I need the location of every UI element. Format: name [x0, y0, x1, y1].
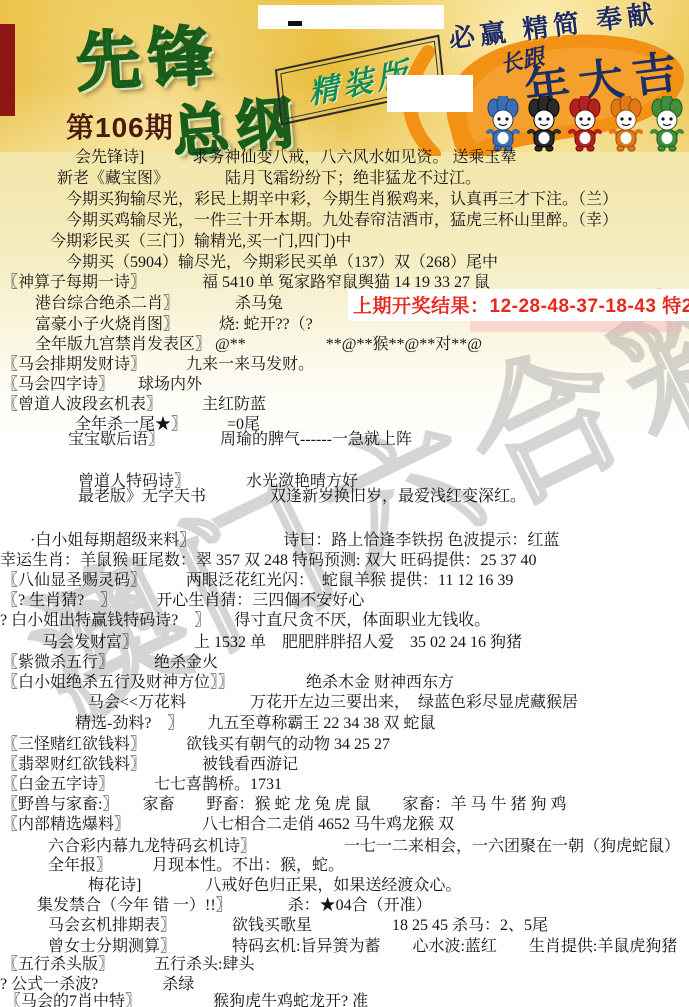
- text-line: 宝宝歇后语〗 周瑜的脾气------一急就上阵: [68, 431, 412, 449]
- text-line: 〖三怪赌红欲钱料〗 欲钱买有朝气的动物 34 25 27: [2, 736, 390, 754]
- black-mark: [288, 21, 302, 26]
- text-line: 〖翡翠财红欲钱料〗 被钱看西游记: [2, 756, 298, 774]
- text-line: 马会玄机排期表〗 欲钱买歌星 18 25 45 杀马：2、5尾: [48, 917, 548, 935]
- text-line: ? 公式一杀波? 杀绿: [0, 976, 194, 994]
- text-line: 集发禁合（今年 错 一）!!〗 杀：★04合（开准）: [37, 897, 432, 915]
- text-line: 今期彩民买（三门）输精光,买一门,四门)中: [50, 233, 351, 251]
- issue-number: 第106期: [66, 106, 174, 146]
- text-line: 〖八仙显圣赐灵码〗 两眼泛花红光闪： 蛇鼠羊猴 提供：11 12 16 39: [2, 572, 513, 590]
- fuwa-orange-icon: [607, 96, 645, 152]
- text-line: 〖五行杀头版〗 五行杀头:肆头: [2, 956, 254, 974]
- text-line: ? 白小姐出特赢钱特码诗? 〗 得寸直尺贪不厌，体面职业尢钱收。: [0, 612, 490, 630]
- text-line: 富豪小子火烧肖图〗 烧: 蛇开??（?: [35, 316, 313, 334]
- previous-draw-results: 上期开奖结果：12-28-48-37-18-43 特26: [348, 289, 689, 321]
- text-line: 梅花诗] 八戒好色归正果，如果送经渡众心。: [88, 877, 461, 895]
- text-line: 新老《藏宝图》 陆月飞霜纷纷下；绝非猛龙不过江。: [57, 170, 481, 188]
- red-edge-bar: [0, 24, 15, 116]
- text-line: 六合彩内幕九龙特码玄机诗〗 一七一二来相会，一六团聚在一朝（狗虎蛇鼠）: [48, 838, 680, 856]
- olympic-mascots: [484, 96, 686, 152]
- fuwa-panda-icon: [525, 96, 563, 152]
- text-line: 会先锋诗] 求务神仙变八戒，八六风水如见资。 送乘玉辇: [75, 149, 516, 167]
- text-line: 〖紫微杀五行〗 绝杀金火: [2, 654, 218, 672]
- text-line: 今期买狗输尽光，彩民上期辛中彩，今期生肖猴鸡来，认真再三才下注。（兰）: [66, 191, 618, 209]
- fuwa-red-icon: [566, 96, 604, 152]
- text-line: 〖白小姐绝杀五行及财神方位〗〗 绝杀木金 财神西东方: [2, 674, 454, 692]
- text-line: 马会发财富〗 上 1532 单 肥肥胖胖招人爱 35 02 24 16 狗猪: [42, 634, 522, 652]
- text-line: 马会<<万花料 万花开左边三要出来， 绿蓝色彩尽显虎藏猴居: [88, 694, 578, 712]
- text-line: ·白小姐每期超级来料〗 诗曰：路上恰逢李铁拐 色波提示：红蓝: [30, 532, 559, 550]
- text-line: 曾女士分期测算〗 特码玄机:旨异箦为蓄 心水波:蓝红 生肖提供:羊鼠虎狗猪: [48, 938, 677, 956]
- text-line: 今期买（5904）输尽光，今期彩民买单（137）双（268）尾中: [66, 254, 498, 272]
- text-line: 精选-劲料? 〗 九五至尊称霸王 22 34 38 双 蛇鼠: [75, 715, 435, 733]
- whiteout-patch: [258, 5, 444, 29]
- text-line: 今期买鸡输尽光，一件三十开本期。九处春帘洁酒市，猛虎三杯山里醉。（幸）: [66, 212, 618, 230]
- text-line: 〖马会排期发财诗〗 九来一来马发财。: [2, 356, 314, 374]
- text-line: 〖马会的7肖中特〗 猴狗虎牛鸡蛇龙开? 准: [5, 993, 368, 1007]
- fuwa-blue-icon: [484, 96, 522, 152]
- header-banner: 先锋 总纲 第106期 精装版 必赢 精简 奉献 长跟 年大吉: [0, 0, 689, 152]
- text-line: 〖内部精选爆料〗 八七相合二走俏 4652 马牛鸡龙猴 双: [2, 816, 454, 834]
- whiteout-patch: [387, 75, 473, 112]
- text-line: 全年报〗 月现本性。不出：猴，蛇。: [48, 857, 344, 875]
- text-line: 幸运生肖：羊鼠猴 旺尾数：翠 357 双 248 特码预测: 双大 旺码提供：2…: [0, 552, 536, 570]
- text-line: 〖白金五字诗〗 七七喜鹊桥。1731: [2, 776, 282, 794]
- text-line: 〖野兽与家畜:〗 家畜 野畜：猴 蛇 龙 兔 虎 鼠 家畜：羊 马 牛 猪 狗 …: [2, 796, 566, 814]
- lottery-tip-sheet: 先锋 总纲 第106期 精装版 必赢 精简 奉献 长跟 年大吉 澳门六合彩 上期…: [0, 0, 689, 1007]
- fuwa-green-icon: [648, 96, 686, 152]
- text-line: 最老版》无字天书 双逢新岁换旧岁，最爱浅红变深红。: [78, 488, 526, 506]
- text-line: 〖曾道人波段玄机表〗 主红防蓝: [2, 396, 266, 414]
- text-line: 〖马会四字诗〗 球场内外: [2, 376, 202, 394]
- text-line: 〖? 生肖猜? 〗 开心生肖猜：三四個不安好心: [2, 592, 364, 610]
- text-line: 全年版九宫禁肖发表区〗 @** **@**猴**@**对**@: [35, 336, 482, 354]
- text-line: 港台综合绝杀二肖〗 杀马兔: [35, 295, 283, 313]
